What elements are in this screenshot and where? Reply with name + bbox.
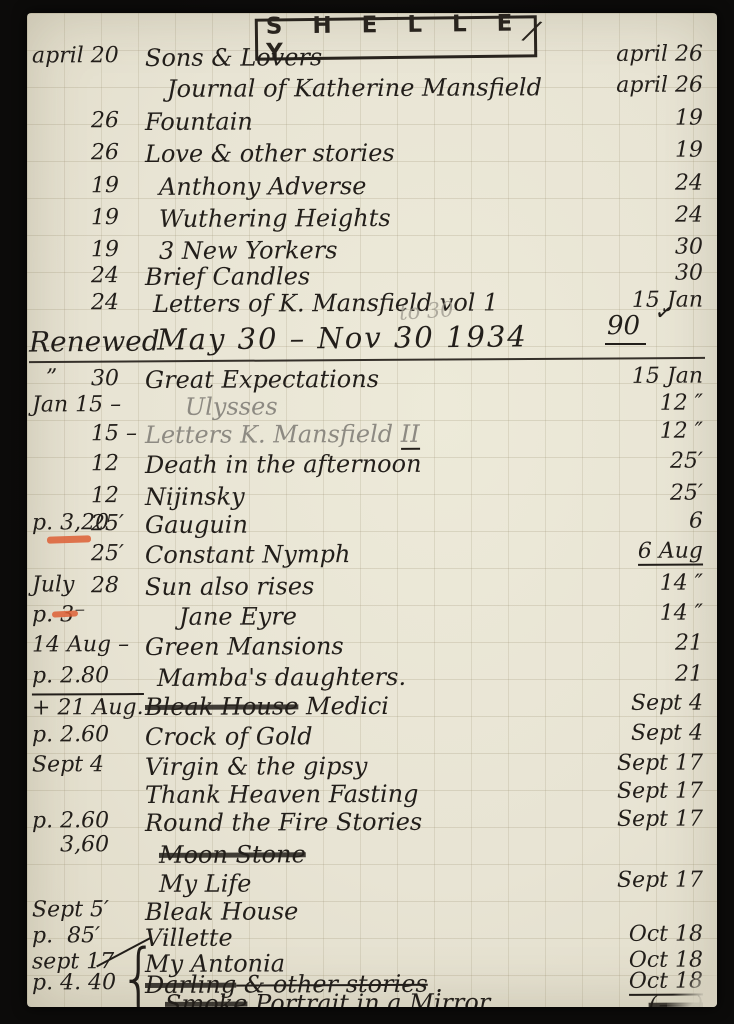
ledger-row: 19Wuthering Heights24: [27, 202, 717, 235]
renewed-range: May 30 – Nov 30 1934: [157, 319, 528, 356]
book-title: Ulysses: [185, 392, 278, 420]
return-date: 25′: [670, 449, 703, 474]
book-title: 3 New Yorkers: [159, 236, 338, 265]
book-title: Anthony Adverse: [159, 172, 367, 201]
ledger-row: Moon Stone: [27, 838, 717, 871]
book-title: Jane Eyre: [179, 602, 297, 631]
book-title: Gauguin: [145, 511, 248, 539]
ledger-row: 26Fountain19: [27, 105, 717, 138]
return-date: 19: [675, 138, 703, 163]
return-date: 30: [675, 235, 703, 260]
ledger-row: 26Love & other stories19: [27, 137, 717, 170]
photo-background: S H E L L E Y ⁄ april 20Sons & Loversapr…: [0, 0, 734, 1024]
return-date: 21: [675, 662, 703, 687]
title-segment: Round the Fire Stories: [145, 808, 422, 837]
margin-note: July: [32, 573, 75, 597]
title-segment: Mamba's daughters.: [157, 663, 406, 692]
margin-note: 25′: [91, 541, 124, 566]
book-title: Thank Heaven Fasting: [145, 780, 419, 809]
library-card: S H E L L E Y ⁄ april 20Sons & Loversapr…: [27, 13, 717, 1007]
book-title: Green Mansions: [145, 632, 344, 661]
margin-note: 26: [91, 108, 119, 133]
ledger-row: Journal of Katherine Mansfieldapril 26: [27, 72, 717, 105]
margin-note: 24: [91, 290, 119, 315]
book-title: Death in the afternoon: [145, 450, 422, 479]
book-title: Sun also rises: [145, 572, 314, 601]
book-title: Letters K. Mansfield II: [145, 420, 420, 449]
ledger-row: 15 –Letters K. Mansfield II12 ″: [27, 418, 717, 451]
margin-note: 19: [91, 237, 119, 262]
title-segment: Journal of Katherine Mansfield: [167, 73, 542, 103]
return-date: april 26: [616, 42, 703, 67]
rows-layer: april 20Sons & Loversapril 26Journal of …: [27, 13, 717, 1007]
ledger-row: 25′Constant Nymph6 Aug: [27, 538, 717, 571]
margin-note: 19: [91, 173, 119, 198]
margin-note: 30: [91, 366, 119, 391]
margin-note: 24: [91, 263, 119, 288]
ledger-row: 14 Aug –Green Mansions21: [27, 630, 717, 663]
ledger-row: p. 2.80Mamba's daughters.21: [27, 661, 717, 694]
book-title: Love & other stories: [145, 139, 395, 168]
margin-note: + 21 Aug.: [32, 693, 144, 720]
book-title: Sons & Lovers: [145, 43, 322, 72]
book-title: Great Expectations: [145, 365, 379, 394]
book-title: Wuthering Heights: [159, 204, 391, 233]
title-segment: Thank Heaven Fasting: [145, 780, 419, 809]
title-segment: Crock of Gold: [145, 722, 313, 751]
return-date: 12 ″: [660, 419, 703, 444]
return-date: 19: [675, 106, 703, 131]
return-date: 14 ″: [660, 571, 703, 596]
title-segment: Gauguin: [145, 511, 248, 539]
margin-note: p. 85′: [32, 924, 100, 948]
title-segment: 3 New Yorkers: [159, 236, 338, 265]
ledger-row: april 20Sons & Loversapril 26: [27, 41, 717, 74]
return-date: 6: [689, 509, 703, 534]
margin-note: Sept 4: [32, 753, 104, 777]
ledger-row: p. 3⁻Jane Eyre14 ″: [27, 600, 717, 633]
return-date: Sept 17: [617, 779, 703, 804]
book-title: Brief Candles: [145, 262, 310, 291]
margin-note: 15 –: [91, 421, 137, 446]
title-segment: Death in the afternoon: [145, 450, 422, 479]
ledger-row: + 21 Aug.Bleak House MediciSept 4: [27, 690, 717, 723]
margin-note: 19: [91, 205, 119, 230]
book-title: Bleak House Medici: [145, 692, 389, 721]
return-date: 15 Jan: [632, 364, 703, 389]
ledger-row: July28Sun also rises14 ″: [27, 570, 717, 603]
return-date: Sept 17: [617, 807, 703, 832]
title-segment: Virgin & the gipsy: [145, 752, 368, 781]
book-title: Mamba's daughters.: [157, 663, 406, 692]
title-segment: Bleak House: [145, 692, 298, 721]
title-segment: Medici: [298, 692, 389, 720]
book-title: My Life: [159, 870, 252, 898]
title-segment: Green Mansions: [145, 632, 344, 661]
title-segment: Smoke: [165, 990, 248, 1007]
book-title: Moon Stone: [159, 840, 306, 869]
margin-note: p. 2.80: [32, 664, 109, 688]
margin-note: 28: [91, 573, 119, 598]
return-date: 14 ″: [660, 601, 703, 626]
title-segment: Sun also rises: [145, 572, 314, 601]
renewed-fee: 90: [605, 311, 646, 345]
margin-note: 12: [91, 483, 119, 508]
title-segment: Ulysses: [185, 392, 278, 420]
return-date: Sept 4: [631, 721, 703, 746]
return-date: Oct 18: [629, 922, 703, 947]
margin-note: p. 2.60: [32, 723, 109, 747]
book-title: Fountain: [145, 108, 253, 136]
return-date: 24: [675, 171, 703, 196]
margin-note: april 20: [32, 44, 119, 68]
renewed-label: Renewed: [29, 324, 160, 358]
title-segment: Nijinsky: [145, 483, 245, 511]
title-segment: Great Expectations: [145, 365, 379, 394]
title-segment: Anthony Adverse: [159, 172, 367, 201]
margin-note: ”: [32, 366, 57, 390]
book-title: Smoke Portrait in a Mirror: [165, 988, 490, 1007]
margin-note: 12: [91, 451, 119, 476]
book-title: Round the Fire Stories: [145, 808, 422, 837]
title-segment: My Life: [159, 870, 252, 898]
book-title: Journal of Katherine Mansfield: [167, 73, 542, 103]
title-segment: Constant Nymph: [145, 540, 351, 569]
title-segment: Brief Candles: [145, 262, 310, 291]
return-date: 30: [675, 261, 703, 286]
book-title: Constant Nymph: [145, 540, 351, 569]
book-title: Crock of Gold: [145, 722, 313, 751]
margin-note: 25′: [91, 511, 124, 536]
return-date: 6 Aug: [638, 539, 703, 566]
return-date: Sept 17: [617, 751, 703, 776]
title-segment: Sons & Lovers: [145, 43, 322, 72]
return-date: 21: [675, 631, 703, 656]
ledger-row: p. 3,2025′Gauguin6: [27, 508, 717, 541]
return-date: Sept 4: [631, 691, 703, 716]
ledger-row: 19Anthony Adverse24: [27, 170, 717, 203]
pencil-annotation: to 30: [398, 297, 454, 325]
title-segment: Portrait in a Mirror: [247, 988, 490, 1007]
title-segment: Letters K. Mansfield: [145, 420, 401, 449]
return-date: 24: [675, 203, 703, 228]
ledger-row: 12Death in the afternoon25′: [27, 448, 717, 481]
corner-fold: [667, 951, 717, 1007]
title-segment: II: [401, 420, 420, 450]
title-segment: Bleak House: [145, 897, 298, 926]
margin-note: 26: [91, 140, 119, 165]
book-title: Nijinsky: [145, 483, 245, 511]
title-segment: Moon Stone: [159, 840, 306, 869]
ledger-row: p. 2.60 3,60Round the Fire StoriesSept 1…: [27, 806, 717, 839]
title-segment: Fountain: [145, 108, 253, 136]
margin-note: 14 Aug –: [32, 633, 129, 657]
ledger-row: p. 2.60Crock of GoldSept 4: [27, 720, 717, 753]
title-segment: Jane Eyre: [179, 602, 297, 631]
margin-note: Sept 5′: [32, 898, 109, 922]
book-title: Bleak House: [145, 897, 298, 926]
return-date: 25′: [670, 481, 703, 506]
margin-note: Jan 15 –: [32, 393, 121, 417]
return-date: april 26: [616, 73, 703, 98]
book-title: Virgin & the gipsy: [145, 752, 368, 781]
title-segment: Wuthering Heights: [159, 204, 391, 233]
title-segment: Love & other stories: [145, 139, 395, 168]
return-date: 12 ″: [660, 391, 703, 416]
return-date: Sept 17: [617, 868, 703, 893]
